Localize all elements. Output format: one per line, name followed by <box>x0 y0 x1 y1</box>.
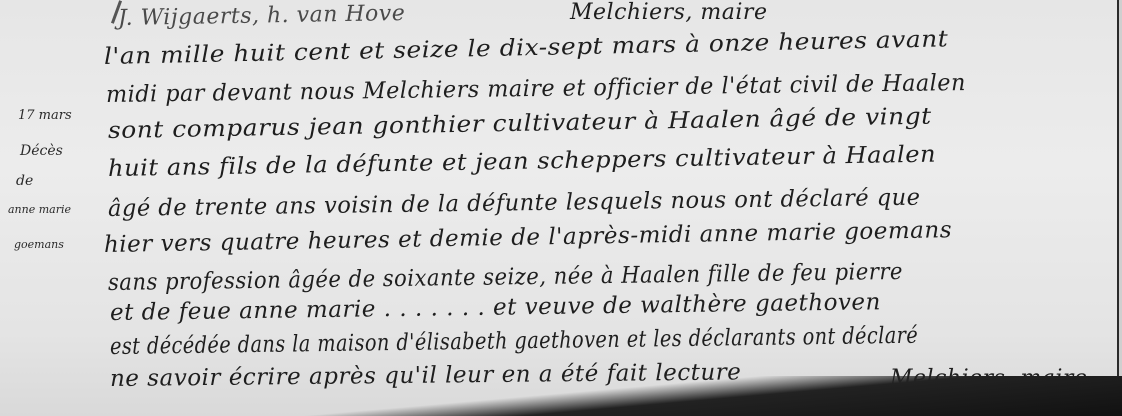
header-signature-left: J. Wijgaerts, h. van Hove <box>118 1 406 31</box>
record-line: huit ans fils de la défunte et jean sche… <box>108 142 937 182</box>
page-bottom-shadow <box>0 376 1122 416</box>
margin-note-line: anne marie <box>8 203 71 216</box>
record-line: et de feue anne marie . . . . . . . et v… <box>110 289 881 326</box>
margin-note-line: Décès <box>20 143 63 159</box>
record-line: est décédée dans la maison d'élisabeth g… <box>110 323 919 360</box>
record-line: âgé de trente ans voisin de la défunte l… <box>108 185 921 222</box>
record-line: hier vers quatre heures et demie de l'ap… <box>104 217 952 258</box>
margin-note-date: 17 mars <box>18 108 72 123</box>
margin-note-line: de <box>16 173 33 189</box>
record-line: l'an mille huit cent et seize le dix-sep… <box>104 26 949 70</box>
record-line: sont comparus jean gonthier cultivateur … <box>108 104 932 144</box>
record-line: midi par devant nous Melchiers maire et … <box>106 70 966 108</box>
margin-note-name: goemans <box>14 238 64 251</box>
document-scan: J. Wijgaerts, h. van Hove Melchiers, mai… <box>0 0 1122 416</box>
header-signature-right: Melchiers, maire <box>570 0 767 25</box>
